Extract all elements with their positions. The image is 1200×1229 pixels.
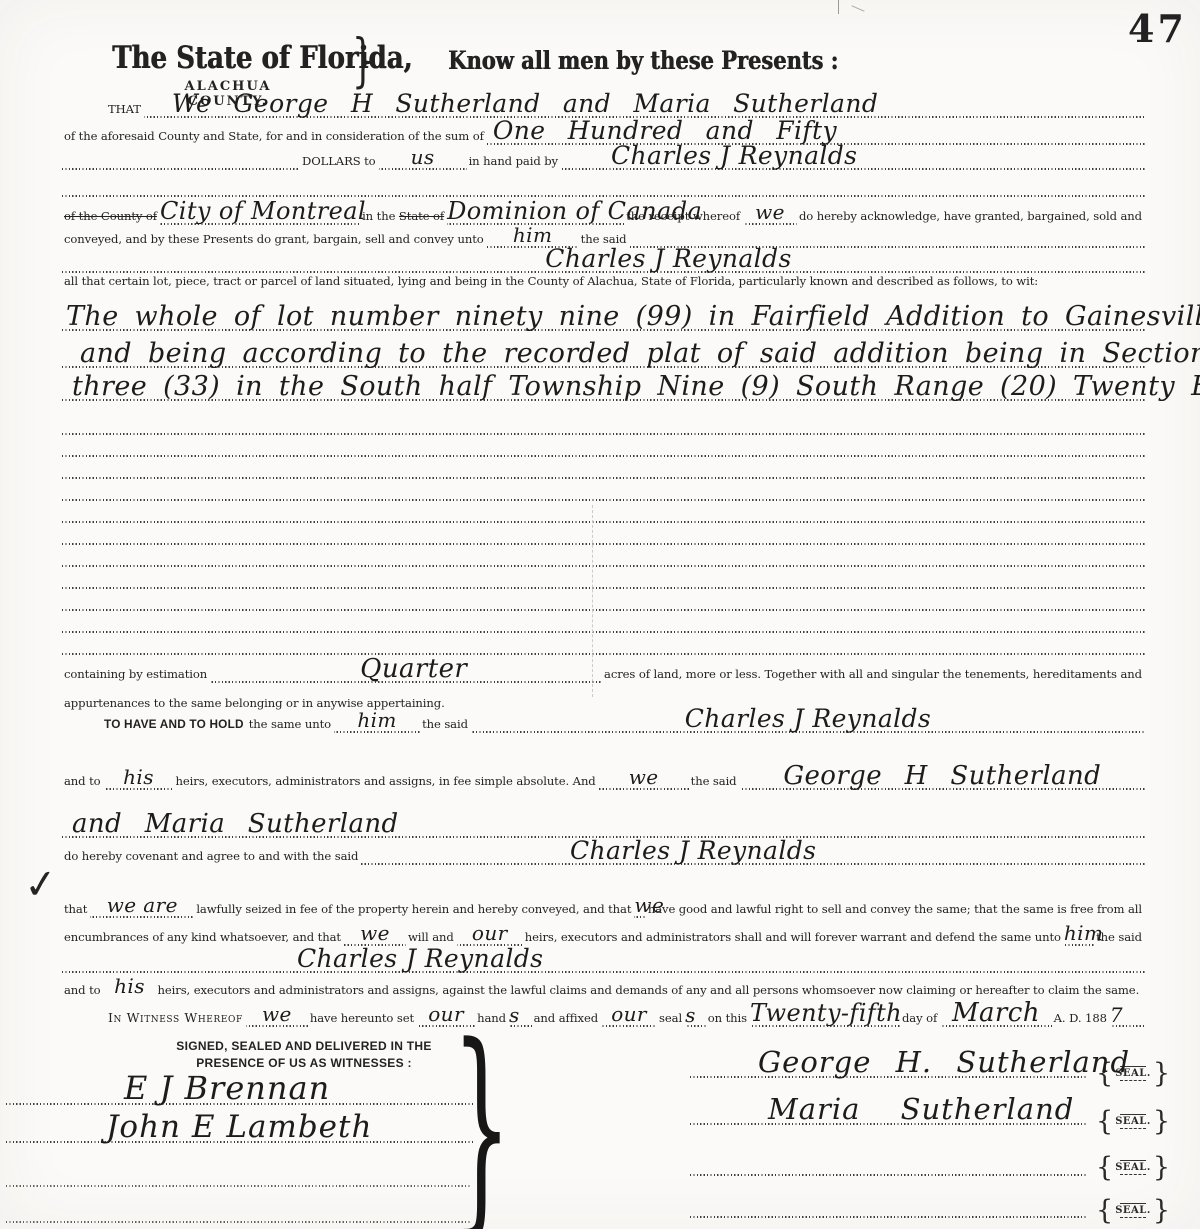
seal-brace-open-icon: {: [1096, 1108, 1113, 1135]
grantee-fill: Charles J Reynalds: [62, 249, 1145, 271]
described-label: all that certain lot, piece, tract or pa…: [62, 274, 1041, 292]
city-fill: City of Montreal: [160, 201, 360, 223]
hand-label: hand: [475, 1011, 509, 1029]
on-this-label: on this: [706, 1011, 750, 1029]
we-fill: we: [599, 767, 689, 788]
empty-rule: [62, 635, 1145, 653]
hold-grantee-fill: Charles J Reynalds: [471, 709, 1145, 731]
seal-mark-4: { SEAL. }: [1096, 1196, 1170, 1224]
receipt-we-fill: we: [743, 202, 797, 223]
that-label: THAT: [106, 102, 144, 120]
day-fill: Twenty-fifth: [750, 1003, 900, 1025]
dollars-line: DOLLARS to us in hand paid by Charles J …: [62, 150, 1145, 168]
signer1-signature: George H. Sutherland: [758, 1052, 1130, 1072]
signature-empty-line: [690, 1156, 1088, 1174]
his2-handwriting: his: [114, 976, 145, 996]
we-are-handwriting: we are: [107, 895, 178, 915]
appurtenances-line: appurtenances to the same belonging or i…: [62, 692, 1145, 710]
grantor-line: THAT We George H Sutherland and Maria Su…: [62, 98, 1145, 116]
payer-fill: Charles J Reynalds: [561, 146, 1145, 168]
wc-our1-fill: our: [417, 1004, 475, 1025]
sum-fill: One Hundred and Fifty: [487, 121, 1145, 143]
paid-to-handwriting: us: [411, 147, 435, 167]
we-are-fill: we are: [90, 895, 194, 916]
state-fill: Dominion of Canada: [447, 201, 624, 223]
day-handwriting: Twenty-fifth: [750, 1003, 902, 1023]
set-label: have hereunto set: [308, 1011, 417, 1029]
presents-title-text: Know all men by these Presents :: [448, 46, 838, 75]
blank-line: [62, 177, 1145, 195]
encumbrances-line: encumbrances of any kind whatsoever, and…: [62, 926, 1145, 944]
grantor1-fill: George H Sutherland: [740, 766, 1145, 788]
seal-brace-open-icon: {: [1096, 1197, 1113, 1224]
month-handwriting: March: [952, 1003, 1040, 1023]
empty-rule: [62, 503, 1145, 521]
acknowledge-label: do hereby acknowledge, have granted, bar…: [797, 209, 1145, 227]
seal-brace-close-icon: }: [1153, 1108, 1170, 1135]
and-to-label: and to: [62, 774, 104, 792]
warrant-unto-handwriting: him: [1064, 923, 1103, 943]
warrant-grantee-line: Charles J Reynalds: [62, 953, 1145, 971]
description-fill-2: and being according to the recorded plat…: [62, 344, 1145, 366]
same-unto-label: the same unto: [247, 717, 334, 735]
seal-mark-3: { SEAL. }: [1096, 1153, 1170, 1181]
wc-our2-fill: our: [601, 1004, 657, 1025]
sum-handwriting: One Hundred and Fifty: [493, 121, 837, 141]
receipt-we-handwriting: we: [755, 202, 785, 222]
description-handwriting-2: and being according to the recorded plat…: [80, 344, 1200, 364]
state-handwriting: Dominion of Canada: [447, 201, 702, 221]
witness2-fill: John E Lambeth: [6, 1117, 474, 1141]
his-handwriting: his: [123, 767, 154, 787]
warrant-grantee-handwriting: Charles J Reynalds: [297, 949, 543, 969]
covenant-grantee-handwriting: Charles J Reynalds: [570, 841, 816, 861]
year-handwriting: 7: [1110, 1005, 1123, 1025]
witness1-line: E J Brennan: [6, 1085, 474, 1103]
wc-we-fill: we: [246, 1004, 308, 1025]
empty-rule: [62, 547, 1145, 565]
witness-empty-line: [6, 1167, 472, 1185]
header-brace-icon: }: [352, 30, 374, 90]
witness1-fill: E J Brennan: [6, 1078, 474, 1103]
witness2-signature: John E Lambeth: [106, 1117, 372, 1137]
grantee-line: Charles J Reynalds: [62, 253, 1145, 271]
hold-unto-handwriting: him: [357, 710, 396, 730]
margin-checkmark: ✓: [22, 860, 60, 909]
in-the-label: in the: [362, 209, 395, 223]
month-fill: March: [940, 1003, 1051, 1025]
affixed-label: and affixed: [532, 1011, 601, 1029]
grantor-fill: We George H Sutherland and Maria Sutherl…: [144, 94, 1145, 116]
covenant-grantee-fill: Charles J Reynalds: [361, 841, 1145, 863]
and-to2-label: and to: [62, 983, 104, 1001]
acres-label: acres of land, more or less. Together wi…: [602, 667, 1145, 685]
description-fill-3: three (33) in the South half Township Ni…: [62, 377, 1145, 399]
grantors-handwriting: We George H Sutherland and Maria Sutherl…: [172, 94, 878, 114]
his-fill: his: [104, 767, 174, 788]
fee-simple-line: and to his heirs, executors, administrat…: [62, 770, 1145, 788]
signer2-line: Maria Sutherland: [690, 1105, 1088, 1123]
city-handwriting: City of Montreal: [160, 201, 366, 221]
we2-handwriting: we: [634, 895, 664, 915]
wc-our1-handwriting: our: [428, 1004, 464, 1024]
our-handwriting: our: [472, 923, 508, 943]
empty-rule: [62, 481, 1145, 499]
warrant-unto-fill: him: [1064, 923, 1094, 944]
acreage-line: containing by estimation Quarter acres o…: [62, 663, 1145, 681]
state-title: The State of Florida,: [112, 40, 470, 76]
paid-to-fill: us: [379, 147, 467, 168]
signer2-fill: Maria Sutherland: [690, 1099, 1088, 1123]
seal-s-handwriting: s: [685, 1005, 696, 1025]
ad-label: A. D. 188: [1052, 1011, 1110, 1029]
seal-label: SEAL.: [1115, 1205, 1151, 1216]
we-handwriting: we: [629, 767, 659, 787]
signer2-signature: Maria Sutherland: [768, 1099, 1074, 1119]
payer-handwriting: Charles J Reynalds: [611, 146, 857, 166]
our-fill: our: [457, 923, 523, 944]
wc-we-handwriting: we: [262, 1004, 292, 1024]
county-of-struck: of the County of: [64, 209, 157, 223]
day-of-label: day of: [900, 1011, 940, 1029]
seal-brace-close-icon: }: [1153, 1197, 1170, 1224]
seal-word-label: seal: [657, 1011, 685, 1029]
deed-document-page: 47 The State of Florida, } ALACHUA COUNT…: [0, 0, 1200, 1229]
dollars-label: DOLLARS to: [300, 154, 379, 172]
consideration-line: of the aforesaid County and State, for a…: [62, 125, 1145, 143]
we2-fill: we: [634, 895, 645, 916]
right-label: have good and lawful right to sell and c…: [646, 902, 1145, 920]
in-witness-label: In Witness Whereof: [106, 1011, 246, 1029]
seized-label: lawfully seized in fee of the property h…: [194, 902, 634, 920]
description-line-2: and being according to the recorded plat…: [62, 348, 1145, 366]
witness2-line: John E Lambeth: [6, 1123, 474, 1141]
county-of-label: of the County of: [62, 209, 160, 227]
presents-title: Know all men by these Presents :: [448, 46, 913, 75]
description-fill-1: The whole of lot number ninety nine (99)…: [62, 307, 1145, 329]
hold-said-label: the said: [420, 717, 471, 735]
witness-heading: SIGNED, SEALED AND DELIVERED IN THE PRES…: [158, 1038, 450, 1072]
containing-label: containing by estimation: [62, 667, 210, 685]
seal-brace-open-icon: {: [1096, 1154, 1113, 1181]
his2-fill: his: [104, 976, 156, 997]
grantor2-line: and Maria Sutherland: [62, 818, 1145, 836]
empty-rule: [62, 415, 1145, 433]
seized-line: that we are lawfully seized in fee of th…: [62, 898, 1145, 916]
witness-clause-line: In Witness Whereof we have hereunto set …: [62, 1007, 1145, 1025]
empty-rule: [62, 437, 1145, 455]
grantor2-fill: and Maria Sutherland: [62, 814, 1145, 836]
we3-handwriting: we: [360, 923, 390, 943]
grantee-handwriting: Charles J Reynalds: [545, 249, 791, 269]
fee-simple-label: heirs, executors, administrators and ass…: [174, 774, 599, 792]
empty-rule: [62, 613, 1145, 631]
signer1-fill: George H. Sutherland: [690, 1052, 1088, 1076]
description-line-3: three (33) in the South half Township Ni…: [62, 381, 1145, 399]
state-of-struck: State of: [399, 209, 444, 223]
hold-grantee-handwriting: Charles J Reynalds: [685, 709, 931, 729]
description-handwriting-3: three (33) in the South half Township Ni…: [72, 377, 1200, 397]
description-handwriting-1: The whole of lot number ninety nine (99)…: [66, 307, 1200, 327]
witness1-signature: E J Brennan: [124, 1078, 330, 1098]
grantor2-handwriting: and Maria Sutherland: [72, 814, 399, 834]
covenant-label: do hereby covenant and agree to and with…: [62, 849, 361, 867]
location-line: of the County of City of Montreal in the…: [62, 205, 1145, 223]
we3-fill: we: [344, 923, 406, 944]
hold-unto-fill: him: [334, 710, 420, 731]
scan-artifact: [838, 0, 839, 14]
seal-label: SEAL.: [1115, 1162, 1151, 1173]
empty-rule: [62, 591, 1145, 609]
empty-rule: [62, 525, 1145, 543]
seal-label: SEAL.: [1115, 1116, 1151, 1127]
empty-rule: [62, 459, 1145, 477]
empty-rule: [62, 569, 1145, 587]
witness-heading-line1: SIGNED, SEALED AND DELIVERED IN THE: [158, 1038, 450, 1055]
seal-mark-2: { SEAL. }: [1096, 1107, 1170, 1135]
warrant-label: heirs, executors and administrators shal…: [523, 930, 1064, 948]
convey-label: conveyed, and by these Presents do grant…: [62, 232, 487, 250]
unto-handwriting: him: [513, 225, 552, 245]
that2-label: that: [62, 902, 90, 920]
covenant-line: do hereby covenant and agree to and with…: [62, 845, 1145, 863]
page-number: 47: [1128, 6, 1187, 51]
acreage-fill: Quarter: [210, 659, 602, 681]
seal-brace-close-icon: }: [1153, 1060, 1170, 1087]
hand-s-handwriting: s: [509, 1005, 520, 1025]
scan-artifact: [851, 5, 864, 12]
said2-label: the said: [689, 774, 740, 792]
paid-by-label: in hand paid by: [467, 154, 561, 172]
witness-empty-line: [6, 1203, 472, 1221]
in-the-state-label: in the State of: [360, 209, 447, 227]
signer1-line: George H. Sutherland: [690, 1058, 1088, 1076]
claims-line: and to his heirs, executors and administ…: [62, 979, 1145, 997]
description-line-1: The whole of lot number ninety nine (99)…: [62, 311, 1145, 329]
unto-fill: him: [487, 225, 579, 246]
acreage-handwriting: Quarter: [360, 659, 467, 679]
seal-brace-close-icon: }: [1153, 1154, 1170, 1181]
warrant-grantee-fill: Charles J Reynalds: [62, 949, 1145, 971]
signature-empty-line: [690, 1198, 1088, 1216]
grantor1-handwriting: George H Sutherland: [783, 766, 1101, 786]
habendum-line: TO HAVE AND TO HOLD the same unto him th…: [62, 713, 1145, 731]
wc-our2-handwriting: our: [611, 1004, 647, 1024]
to-have-label: TO HAVE AND TO HOLD: [102, 717, 247, 735]
